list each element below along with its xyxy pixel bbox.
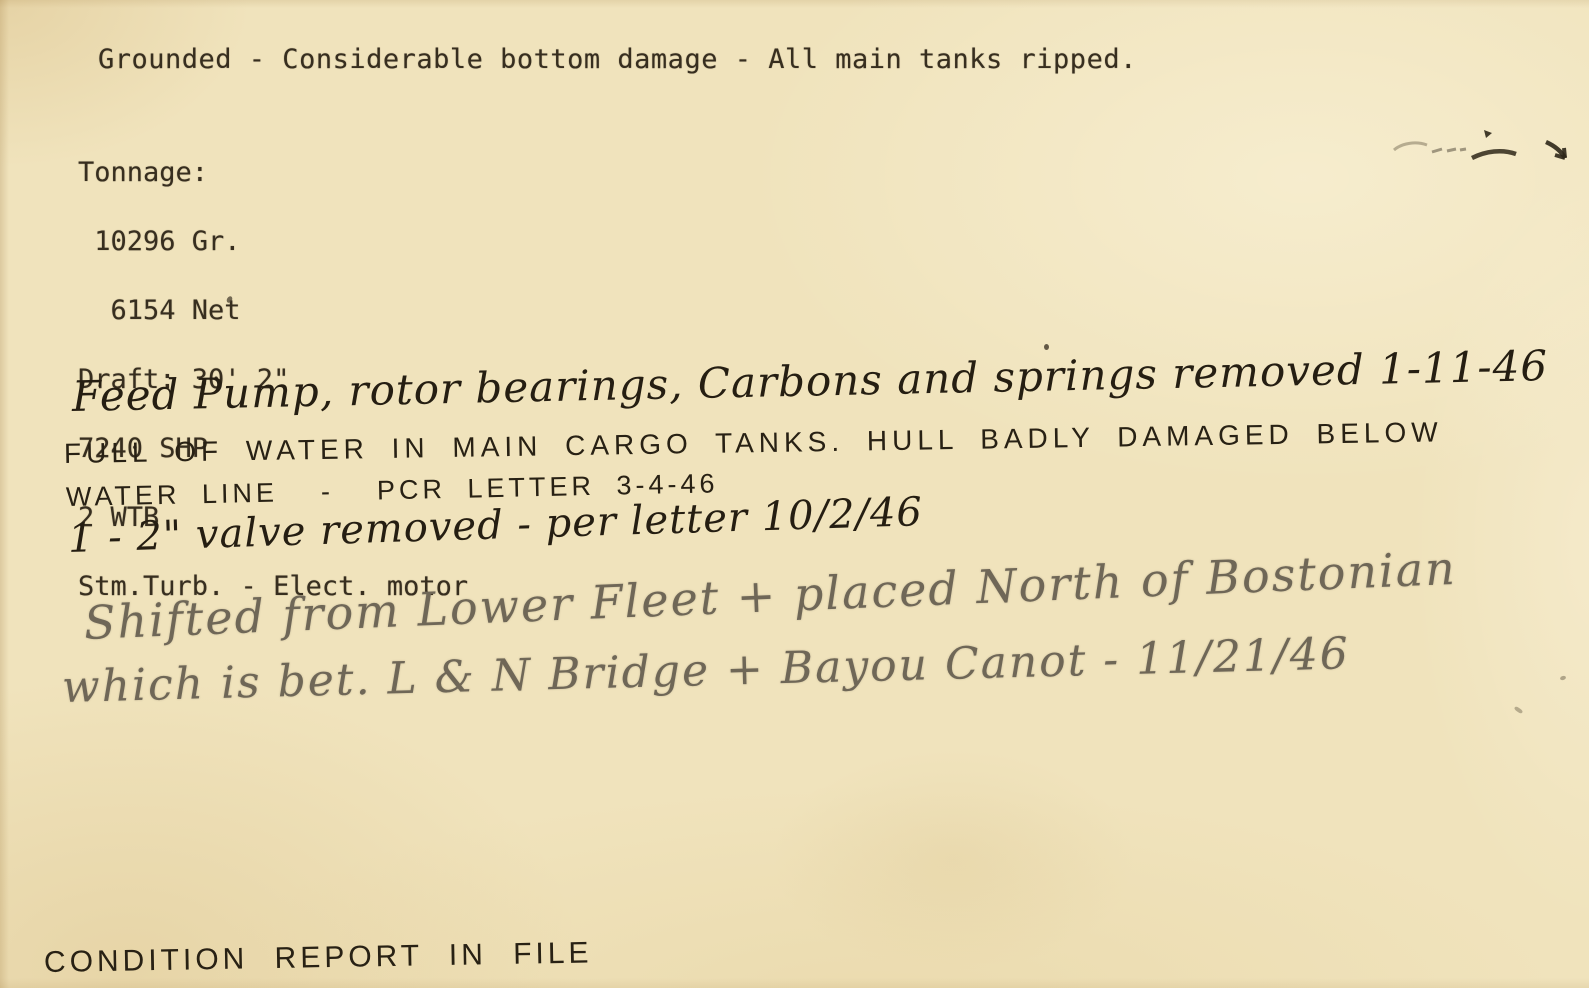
stray-mark: [1044, 344, 1049, 350]
damage-summary-line: Grounded - Considerable bottom damage - …: [98, 44, 1137, 75]
stray-mark: [1514, 706, 1524, 714]
document-scan: Grounded - Considerable bottom damage - …: [0, 0, 1589, 988]
condition-report-note: CONDITION REPORT IN FILE: [44, 936, 593, 980]
spec-net-tonnage: 6154 Net: [78, 294, 468, 327]
spec-gross-tonnage: 10296 Gr.: [78, 225, 468, 258]
ink-smudge-mark: [1380, 116, 1580, 176]
stray-mark: [1559, 675, 1566, 681]
spec-tonnage-label: Tonnage:: [78, 156, 468, 189]
